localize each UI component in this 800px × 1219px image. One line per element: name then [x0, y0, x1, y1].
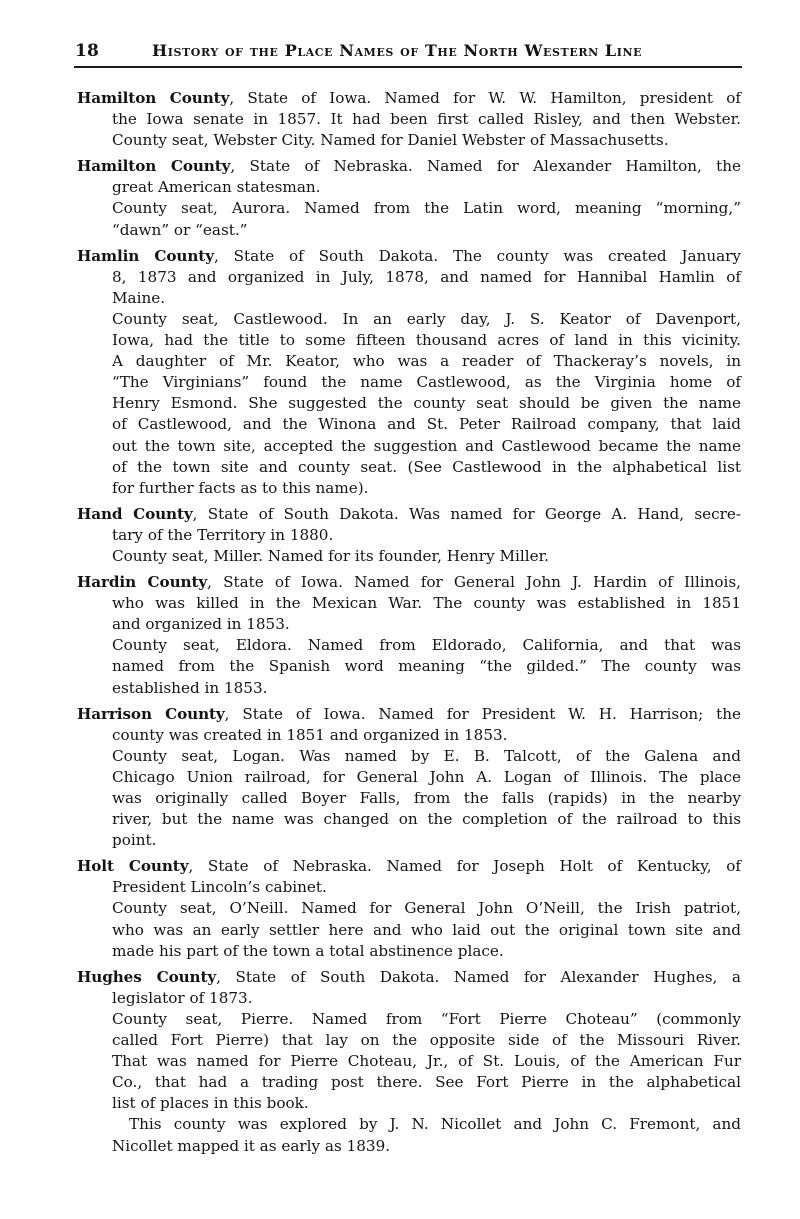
entry-line: County seat, Logan. Was named by E. B. T…	[77, 746, 741, 767]
entry-hardin-county: Hardin County, State of Iowa. Named for …	[77, 572, 741, 699]
entry-line: County seat, Aurora. Named from the Lati…	[77, 198, 741, 219]
entry-line: Hardin County, State of Iowa. Named for …	[77, 572, 741, 593]
entry-line: river, but the name was changed on the c…	[77, 809, 741, 830]
entry-line: Hamlin County, State of South Dakota. Th…	[77, 246, 741, 267]
page-number: 18	[75, 41, 99, 61]
entry-line: of Castlewood, and the Winona and St. Pe…	[77, 414, 741, 435]
entry-hamilton-county-nebraska: Hamilton County, State of Nebraska. Name…	[77, 156, 741, 240]
entry-line: Maine.	[77, 288, 741, 309]
entry-line: Henry Esmond. She suggested the county s…	[77, 393, 741, 414]
entry-line: County seat, Miller. Named for its found…	[77, 546, 741, 567]
entry-line: tary of the Territory in 1880.	[77, 525, 741, 546]
book-page: 18 History of the Place Names of The Nor…	[0, 0, 800, 1219]
entry-line: This county was explored by J. N. Nicoll…	[77, 1114, 741, 1135]
entry-heading: Hamlin County	[77, 247, 214, 265]
entry-line: Hand County, State of South Dakota. Was …	[77, 504, 741, 525]
entry-line: “dawn” or “east.”	[77, 220, 741, 241]
entry-hamlin-county: Hamlin County, State of South Dakota. Th…	[77, 246, 741, 499]
entry-heading: Hand County	[77, 505, 193, 523]
entry-line: out the town site, accepted the suggesti…	[77, 436, 741, 457]
entry-line: “The Virginians” found the name Castlewo…	[77, 372, 741, 393]
entry-line: list of places in this book.	[77, 1093, 741, 1114]
entry-line: named from the Spanish word meaning “the…	[77, 656, 741, 677]
page-header: 18 History of the Place Names of The Nor…	[74, 41, 742, 63]
entry-line: great American statesman.	[77, 177, 741, 198]
entry-line: County seat, Webster City. Named for Dan…	[77, 130, 741, 151]
entry-heading: Hughes County	[77, 968, 216, 986]
entry-line: the Iowa senate in 1857. It had been fir…	[77, 109, 741, 130]
entry-line: Nicollet mapped it as early as 1839.	[77, 1136, 741, 1157]
entry-line: who was killed in the Mexican War. The c…	[77, 593, 741, 614]
entry-line: of the town site and county seat. (See C…	[77, 457, 741, 478]
entry-line: and organized in 1853.	[77, 614, 741, 635]
running-title: History of the Place Names of The North …	[152, 41, 642, 60]
entry-line: for further facts as to this name).	[77, 478, 741, 499]
entry-line: That was named for Pierre Choteau, Jr., …	[77, 1051, 741, 1072]
entry-hand-county: Hand County, State of South Dakota. Was …	[77, 504, 741, 567]
entry-hamilton-county-iowa: Hamilton County, State of Iowa. Named fo…	[77, 88, 741, 151]
entry-line: was originally called Boyer Falls, from …	[77, 788, 741, 809]
entry-line: 8, 1873 and organized in July, 1878, and…	[77, 267, 741, 288]
entry-line: Chicago Union railroad, for General John…	[77, 767, 741, 788]
entry-line: Harrison County, State of Iowa. Named fo…	[77, 704, 741, 725]
entry-line: county was created in 1851 and organized…	[77, 725, 741, 746]
entry-line: Hamilton County, State of Iowa. Named fo…	[77, 88, 741, 109]
entry-line: Iowa, had the title to some fifteen thou…	[77, 330, 741, 351]
entry-line: President Lincoln’s cabinet.	[77, 877, 741, 898]
entry-line: established in 1853.	[77, 678, 741, 699]
entry-heading: Hamilton County	[77, 89, 229, 107]
entry-line: made his part of the town a total abstin…	[77, 941, 741, 962]
entry-line: who was an early settler here and who la…	[77, 920, 741, 941]
entry-line: called Fort Pierre) that lay on the oppo…	[77, 1030, 741, 1051]
entry-line: Co., that had a trading post there. See …	[77, 1072, 741, 1093]
entry-heading: Harrison County	[77, 705, 225, 723]
entry-line: Hughes County, State of South Dakota. Na…	[77, 967, 741, 988]
entry-line: legislator of 1873.	[77, 988, 741, 1009]
entry-line: Holt County, State of Nebraska. Named fo…	[77, 856, 741, 877]
entry-heading: Hardin County	[77, 573, 207, 591]
entry-line: point.	[77, 830, 741, 851]
entry-line: County seat, Pierre. Named from “Fort Pi…	[77, 1009, 741, 1030]
entry-holt-county: Holt County, State of Nebraska. Named fo…	[77, 856, 741, 961]
entry-heading: Hamilton County	[77, 157, 230, 175]
page-body: Hamilton County, State of Iowa. Named fo…	[77, 88, 741, 1162]
entry-hughes-county: Hughes County, State of South Dakota. Na…	[77, 967, 741, 1157]
entry-harrison-county: Harrison County, State of Iowa. Named fo…	[77, 704, 741, 852]
entry-heading: Holt County	[77, 857, 188, 875]
entry-line: County seat, O’Neill. Named for General …	[77, 898, 741, 919]
entry-line: Hamilton County, State of Nebraska. Name…	[77, 156, 741, 177]
header-rule	[74, 66, 742, 68]
entry-line: County seat, Eldora. Named from Eldorado…	[77, 635, 741, 656]
entry-line: County seat, Castlewood. In an early day…	[77, 309, 741, 330]
entry-line: A daughter of Mr. Keator, who was a read…	[77, 351, 741, 372]
